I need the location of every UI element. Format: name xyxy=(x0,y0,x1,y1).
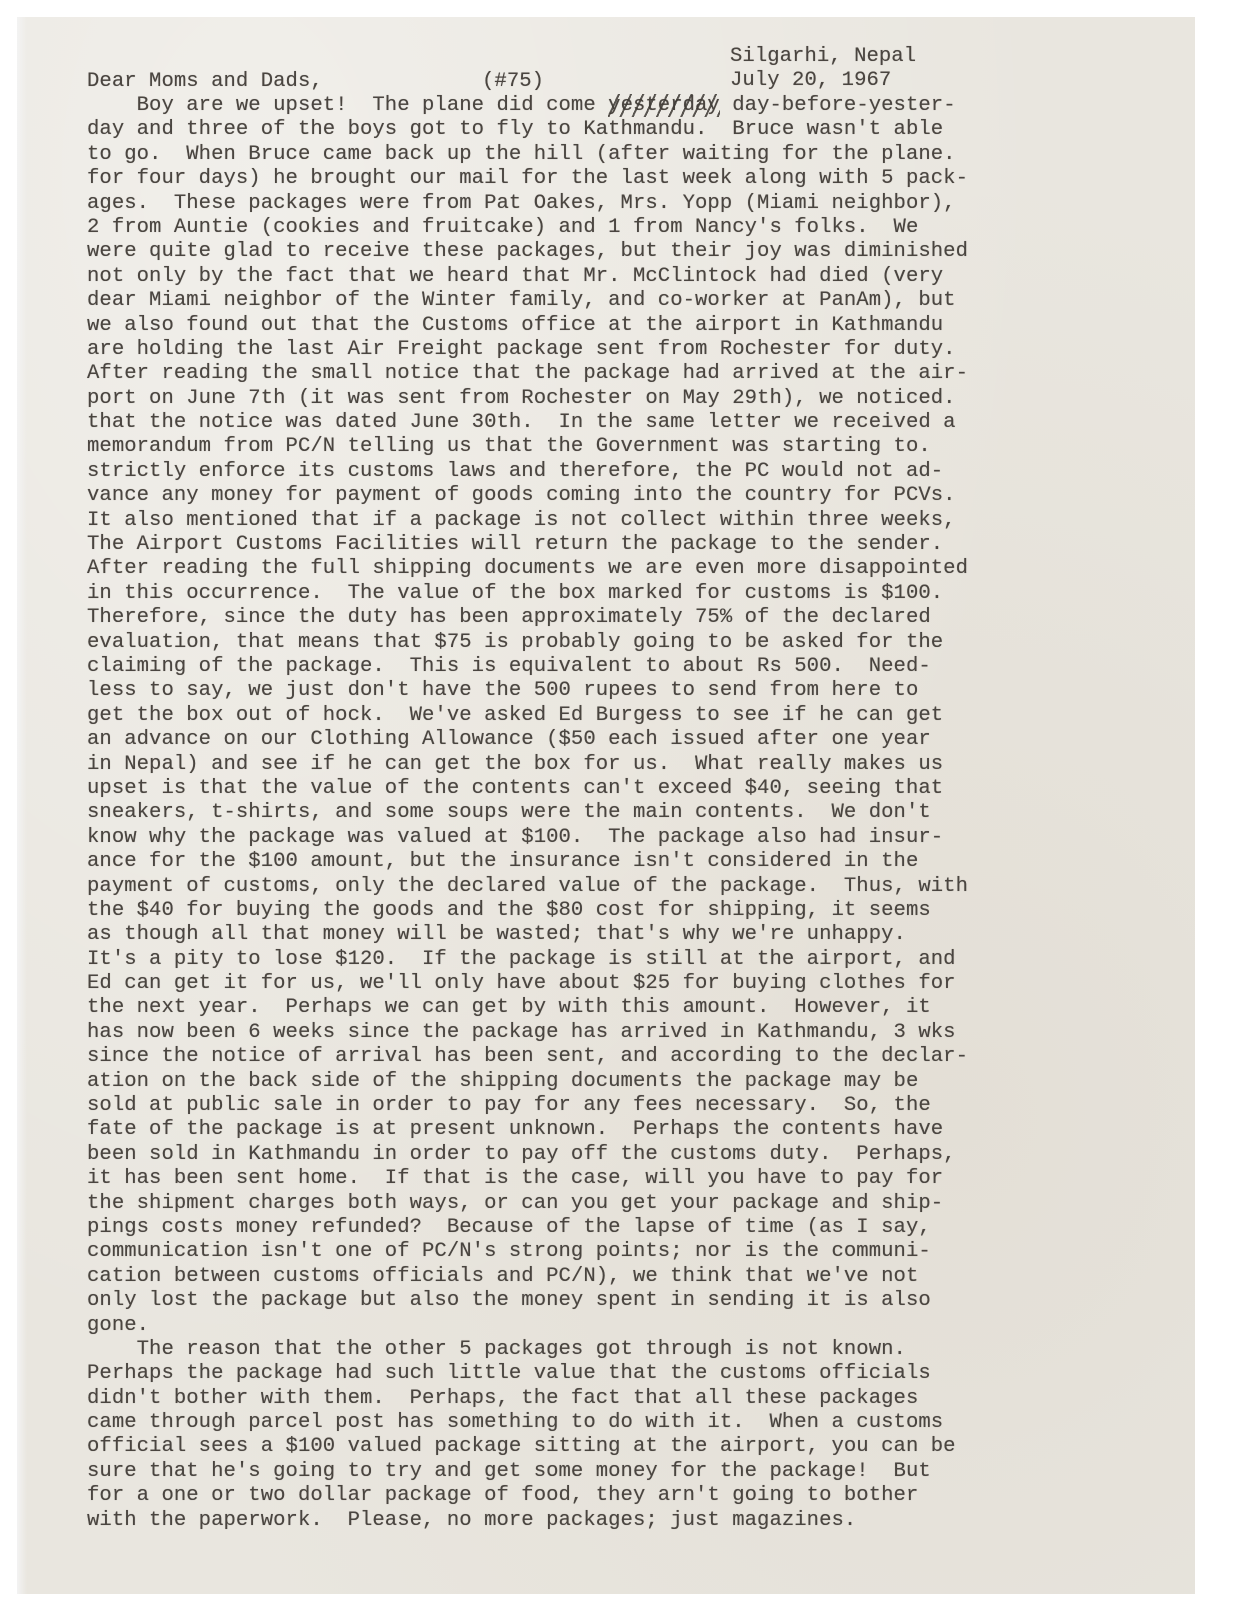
letter-line: memorandum from PC/N telling us that the… xyxy=(87,435,968,459)
letter-line: that the notice was dated June 30th. In … xyxy=(87,411,968,435)
letter-line: ages. These packages were from Pat Oakes… xyxy=(87,192,968,216)
letter-line: with the paperwork. Please, no more pack… xyxy=(87,1509,968,1533)
letter-line: came through parcel post has something t… xyxy=(87,1411,968,1435)
letter-line: the next year. Perhaps we can get by wit… xyxy=(87,996,968,1020)
letter-line: for four days) he brought our mail for t… xyxy=(87,167,968,191)
letter-date: July 20, 1967 xyxy=(730,69,891,93)
letter-line: port on June 7th (it was sent from Roche… xyxy=(87,387,968,411)
letter-line: sold at public sale in order to pay for … xyxy=(87,1094,968,1118)
letter-line: we also found out that the Customs offic… xyxy=(87,314,968,338)
letter-line: upset is that the value of the contents … xyxy=(87,777,968,801)
letter-line: in this occurrence. The value of the box… xyxy=(87,582,968,606)
letter-line: ation on the back side of the shipping d… xyxy=(87,1070,968,1094)
letter-body: Boy are we upset! The plane did come yes… xyxy=(87,94,968,1533)
letter-line: less to say, we just don't have the 500 … xyxy=(87,679,968,703)
letter-line: fate of the package is at present unknow… xyxy=(87,1118,968,1142)
letter-line: After reading the small notice that the … xyxy=(87,362,968,386)
struck-out-word: yesterday xyxy=(608,94,720,117)
letter-line: dear Miami neighbor of the Winter family… xyxy=(87,289,968,313)
letter-line: payment of customs, only the declared va… xyxy=(87,875,968,899)
letter-line: Perhaps the package had such little valu… xyxy=(87,1362,968,1386)
letter-line: ance for the $100 amount, but the insura… xyxy=(87,850,968,874)
letter-line: were quite glad to receive these package… xyxy=(87,240,968,264)
letter-line: the $40 for buying the goods and the $80… xyxy=(87,899,968,923)
letter-line: claiming of the package. This is equival… xyxy=(87,655,968,679)
letter-line: are holding the last Air Freight package… xyxy=(87,338,968,362)
letter-line: After reading the full shipping document… xyxy=(87,557,968,581)
letter-line: It's a pity to lose $120. If the package… xyxy=(87,948,968,972)
letter-line: to go. When Bruce came back up the hill … xyxy=(87,143,968,167)
letter-line: Ed can get it for us, we'll only have ab… xyxy=(87,972,968,996)
letter-line: in Nepal) and see if he can get the box … xyxy=(87,753,968,777)
letter-line: know why the package was valued at $100.… xyxy=(87,826,968,850)
typewritten-letter: Silgarhi, Nepal July 20, 1967 Dear Moms … xyxy=(17,17,1195,1594)
letter-line: Therefore, since the duty has been appro… xyxy=(87,606,968,630)
letter-line: Boy are we upset! The plane did come yes… xyxy=(87,94,968,118)
letter-line: It also mentioned that if a package is n… xyxy=(87,509,968,533)
letter-place: Silgarhi, Nepal xyxy=(730,45,916,69)
letter-number: (#75) xyxy=(482,70,544,94)
letter-line: official sees a $100 valued package sitt… xyxy=(87,1435,968,1459)
letter-line: not only by the fact that we heard that … xyxy=(87,265,968,289)
letter-page: Silgarhi, Nepal July 20, 1967 Dear Moms … xyxy=(17,17,1195,1594)
letter-line: strictly enforce its customs laws and th… xyxy=(87,460,968,484)
letter-line: sneakers, t-shirts, and some soups were … xyxy=(87,801,968,825)
letter-line: The reason that the other 5 packages got… xyxy=(87,1338,968,1362)
letter-line: as though all that money will be wasted;… xyxy=(87,923,968,947)
letter-line: only lost the package but also the money… xyxy=(87,1289,968,1313)
letter-line: vance any money for payment of goods com… xyxy=(87,484,968,508)
letter-line: didn't bother with them. Perhaps, the fa… xyxy=(87,1387,968,1411)
letter-line: for a one or two dollar package of food,… xyxy=(87,1484,968,1508)
letter-line: communication isn't one of PC/N's strong… xyxy=(87,1240,968,1264)
letter-line: get the box out of hock. We've asked Ed … xyxy=(87,704,968,728)
letter-line: sure that he's going to try and get some… xyxy=(87,1460,968,1484)
letter-line: it has been sent home. If that is the ca… xyxy=(87,1167,968,1191)
letter-line: cation between customs officials and PC/… xyxy=(87,1265,968,1289)
letter-line: has now been 6 weeks since the package h… xyxy=(87,1021,968,1045)
letter-line: evaluation, that means that $75 is proba… xyxy=(87,631,968,655)
letter-line: since the notice of arrival has been sen… xyxy=(87,1045,968,1069)
letter-line: been sold in Kathmandu in order to pay o… xyxy=(87,1143,968,1167)
letter-line: day and three of the boys got to fly to … xyxy=(87,118,968,142)
letter-line: the shipment charges both ways, or can y… xyxy=(87,1192,968,1216)
letter-line: 2 from Auntie (cookies and fruitcake) an… xyxy=(87,216,968,240)
letter-line: gone. xyxy=(87,1314,968,1338)
letter-line: The Airport Customs Facilities will retu… xyxy=(87,533,968,557)
letter-line: pings costs money refunded? Because of t… xyxy=(87,1216,968,1240)
letter-line: an advance on our Clothing Allowance ($5… xyxy=(87,728,968,752)
salutation: Dear Moms and Dads, xyxy=(87,70,323,94)
